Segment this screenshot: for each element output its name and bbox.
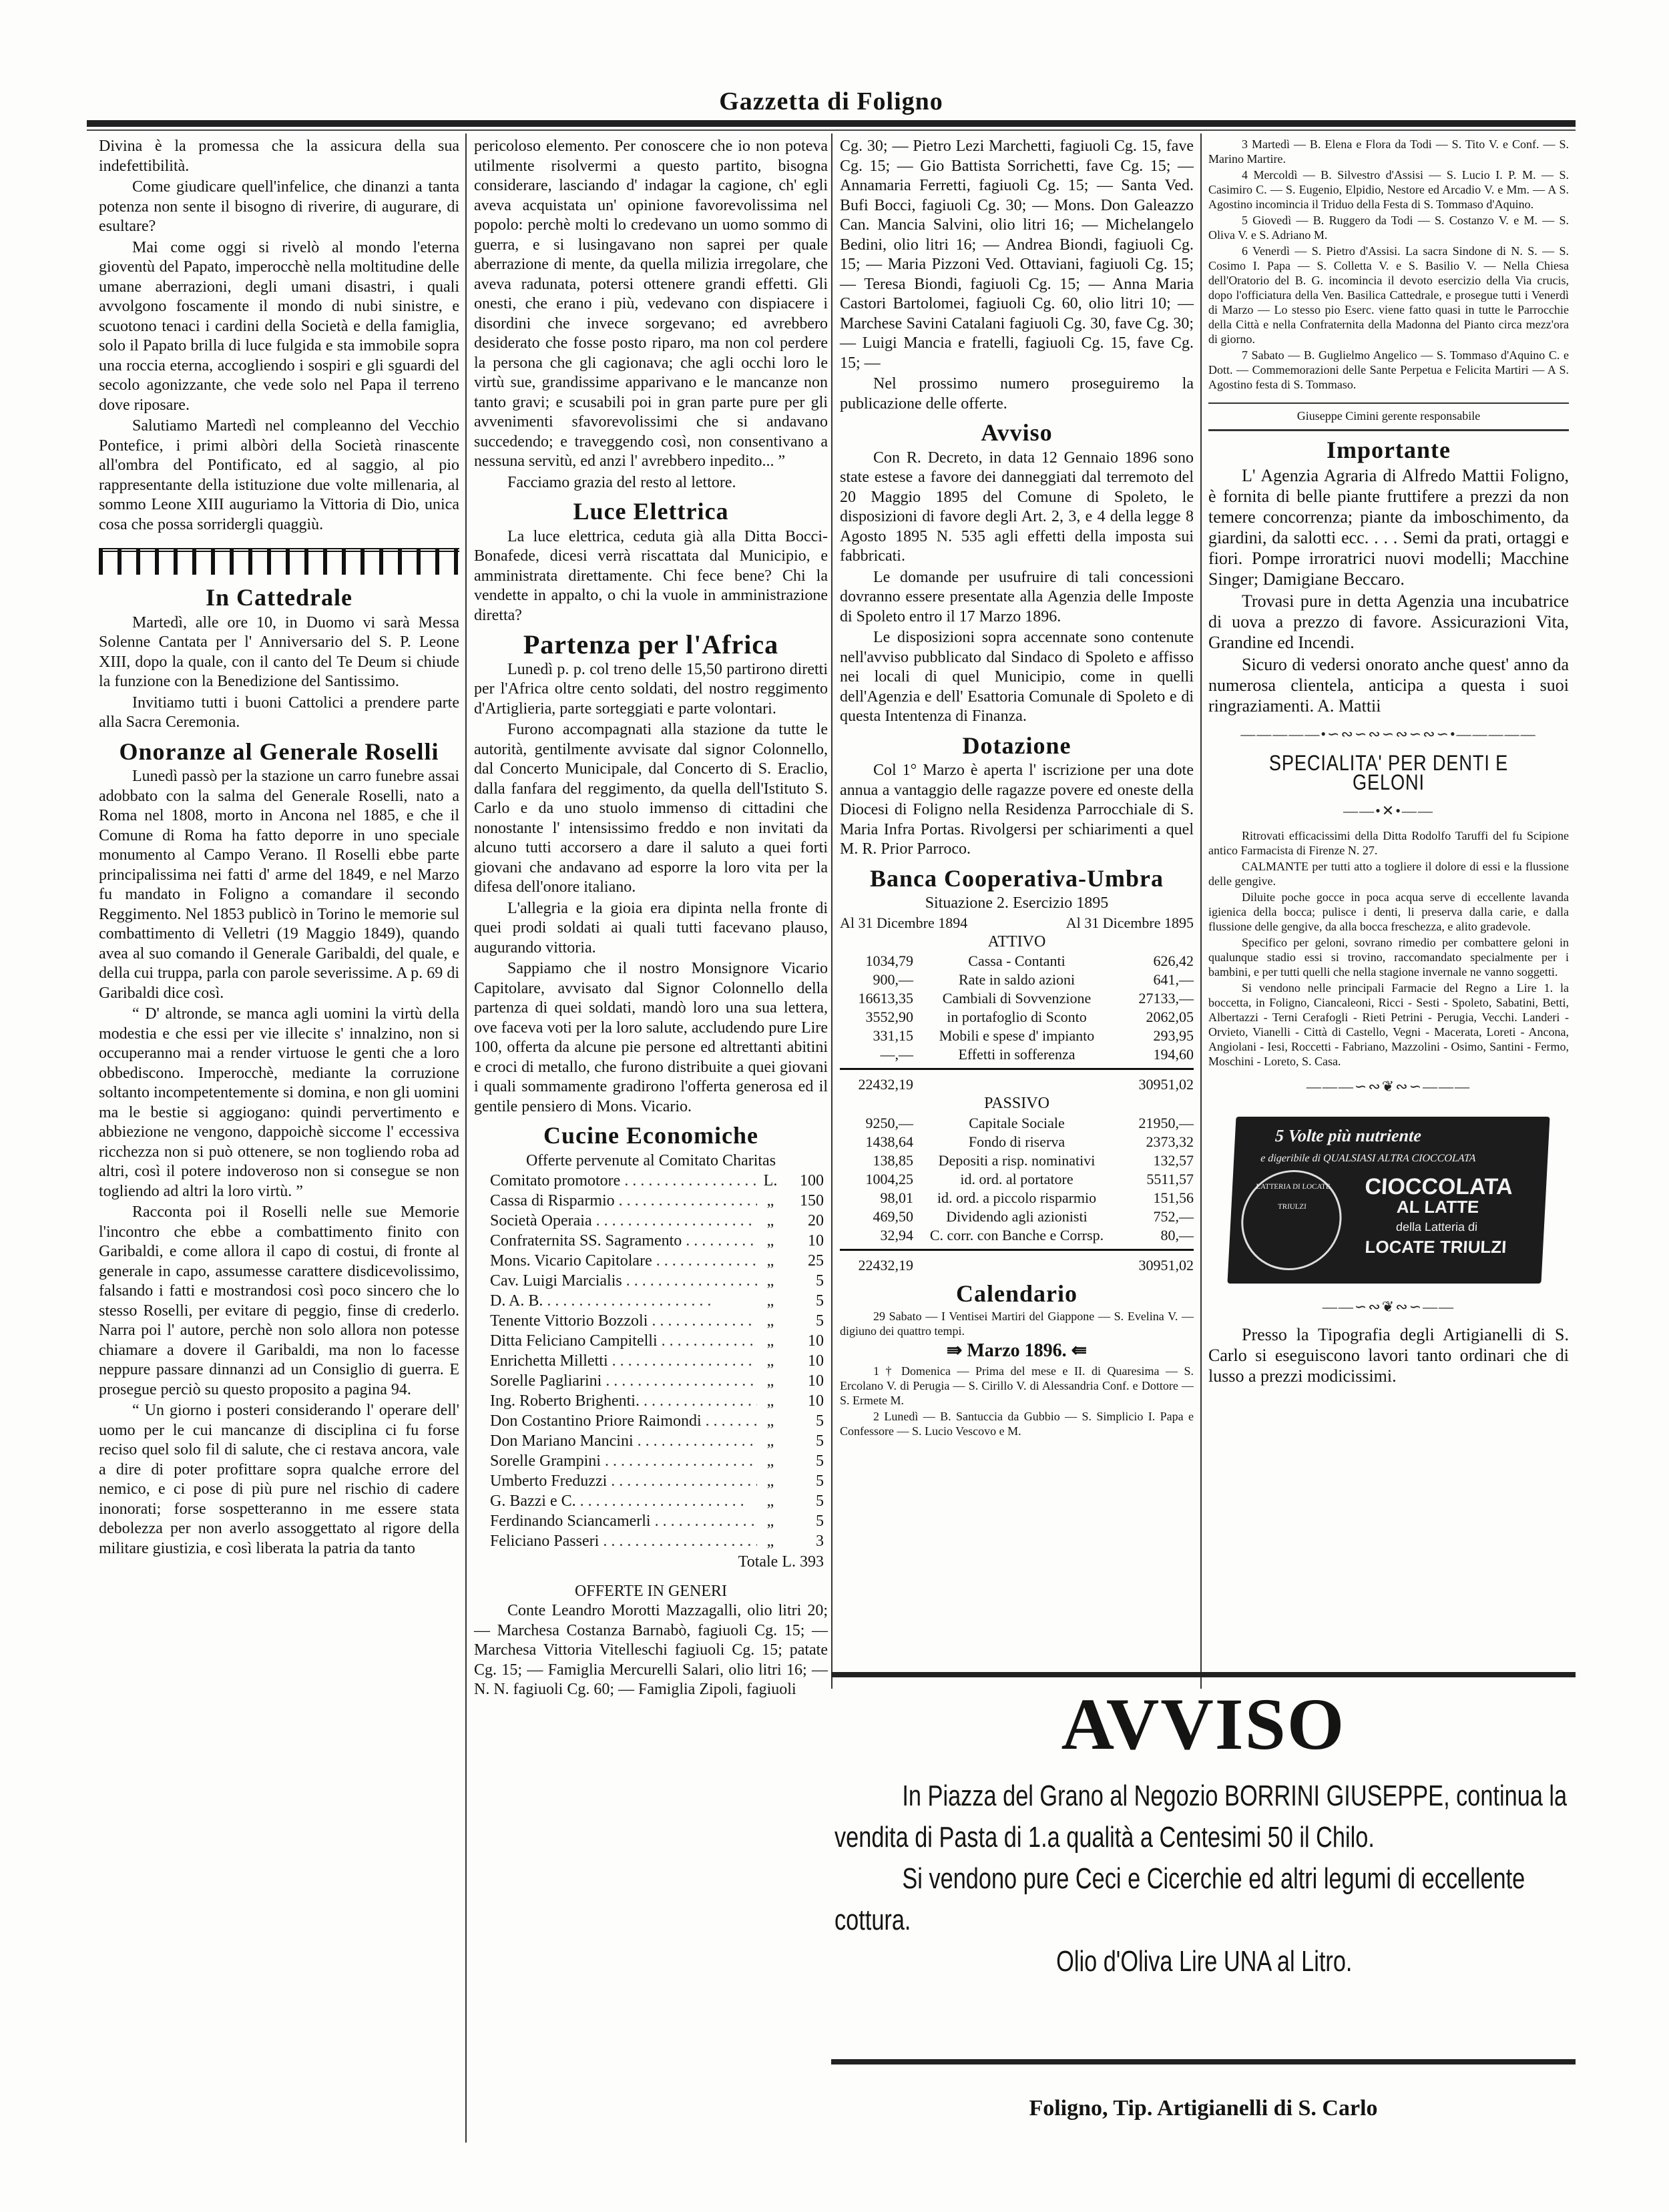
list-item: Umberto Freduzzi„5 bbox=[474, 1471, 828, 1491]
list-item: Cassa di Risparmio„150 bbox=[474, 1191, 828, 1211]
calendar-entry: 4 Mercoldì — B. Silvestro d'Assisi — S. … bbox=[1208, 168, 1569, 212]
list-item: Ditta Feliciano Campitelli„10 bbox=[474, 1331, 828, 1351]
table-row: 138,85Depositi a risp. nominativi132,57 bbox=[840, 1151, 1194, 1170]
table-row: —,—Effetti in sofferenza194,60 bbox=[840, 1045, 1194, 1064]
column-4: 3 Martedì — B. Elena e Flora da Todi — S… bbox=[1208, 137, 1569, 1388]
table-row: 98,01id. ord. a piccolo risparmio151,56 bbox=[840, 1189, 1194, 1207]
section-label-attivo: ATTIVO bbox=[840, 932, 1194, 952]
calendar-entry: 29 Sabato — I Ventisei Martiri del Giapp… bbox=[840, 1309, 1194, 1338]
section-label-passivo: PASSIVO bbox=[840, 1094, 1194, 1114]
donation-list: Comitato promotoreL.100 Cassa di Risparm… bbox=[474, 1171, 828, 1551]
subheading-generi: OFFERTE IN GENERI bbox=[474, 1582, 828, 1602]
column-1: Divina è la promessa che la assicura del… bbox=[99, 137, 459, 1560]
table-row: 16613,35Cambiali di Sovvenzione27133,— bbox=[840, 989, 1194, 1008]
calendar-month-header: ⇛ Marzo 1896. ⇚ bbox=[840, 1341, 1194, 1361]
subtitle: Offerte pervenute al Comitato Charitas bbox=[474, 1151, 828, 1171]
list-item: Ferdinando Sciancamerli„5 bbox=[474, 1511, 828, 1531]
paragraph: L'allegria e la gioia era dipinta nella … bbox=[474, 899, 828, 958]
paragraph: Invitiamo tutti i buoni Cattolici a pren… bbox=[99, 694, 459, 733]
list-item: Confraternita SS. Sagramento„10 bbox=[474, 1231, 828, 1251]
arrow-left-icon: ⇚ bbox=[1067, 1340, 1087, 1361]
paragraph: Lunedì p. p. col treno delle 15,50 parti… bbox=[474, 660, 828, 720]
article-title-specialita: SPECIALITA' PER DENTI E GELONI bbox=[1236, 754, 1542, 793]
ad-subline: e digeribile di QUALSIASI ALTRA CIOCCOLA… bbox=[1260, 1149, 1476, 1169]
article-title-roselli: Onoranze al Generale Roselli bbox=[99, 742, 459, 762]
paragraph: L' Agenzia Agraria di Alfredo Mattii Fol… bbox=[1208, 465, 1569, 589]
list-item: Sorelle Grampini„5 bbox=[474, 1451, 828, 1471]
paragraph: La luce elettrica, ceduta già alla Ditta… bbox=[474, 527, 828, 626]
paragraph: Olio d'Oliva Lire UNA al Litro. bbox=[834, 1941, 1574, 1982]
article-title-banca: Banca Cooperativa-Umbra bbox=[840, 869, 1194, 889]
table-row: 469,50Dividendo agli azionisti752,— bbox=[840, 1207, 1194, 1226]
calendar-entry: 3 Martedì — B. Elena e Flora da Todi — S… bbox=[1208, 137, 1569, 166]
paragraph: Salutiamo Martedì nel compleanno del Vec… bbox=[99, 417, 459, 535]
paragraph: Si vendono nelle principali Farmacie del… bbox=[1208, 981, 1569, 1069]
paragraph: Si vendono pure Ceci e Cicerchie ed altr… bbox=[834, 1858, 1574, 1941]
paragraph: Racconta poi il Roselli nelle sue Memori… bbox=[99, 1203, 459, 1400]
paragraph: Mai come oggi si rivelò al mondo l'etern… bbox=[99, 238, 459, 416]
list-item: Don Mariano Mancini„5 bbox=[474, 1431, 828, 1451]
paragraph: Specifico per geloni, sovrano rimedio pe… bbox=[1208, 935, 1569, 979]
masthead-title: Gazzetta di Foligno bbox=[87, 87, 1576, 116]
paragraph: Sicuro di vedersi onorato anche quest' a… bbox=[1208, 654, 1569, 716]
table-row: 900,—Rate in saldo azioni641,— bbox=[840, 971, 1194, 989]
paragraph: Le domande per usufruire di tali concess… bbox=[840, 568, 1194, 627]
chocolate-advertisement: 5 Volte più nutriente e digeribile di QU… bbox=[1227, 1117, 1549, 1284]
table-row: 3552,90in portafoglio di Sconto2062,05 bbox=[840, 1008, 1194, 1027]
printer-imprint: Foligno, Tip. Artigianelli di S. Carlo bbox=[831, 2096, 1576, 2121]
paragraph: Divina è la promessa che la assicura del… bbox=[99, 137, 459, 176]
bank-header: Al 31 Dicembre 1894 Al 31 Dicembre 1895 bbox=[840, 914, 1194, 932]
section-rule bbox=[831, 2059, 1576, 2064]
paragraph: Con R. Decreto, in data 12 Gennaio 1896 … bbox=[840, 449, 1194, 567]
list-item: Tenente Vittorio Bozzoli„5 bbox=[474, 1311, 828, 1331]
list-item: Cav. Luigi Marcialis„5 bbox=[474, 1271, 828, 1291]
avviso-body: In Piazza del Grano al Negozio BORRINI G… bbox=[834, 1775, 1574, 1982]
list-item: Mons. Vicario Capitolare„25 bbox=[474, 1251, 828, 1271]
quote-continuation: pericoloso elemento. Per conoscere che i… bbox=[474, 137, 828, 472]
header-rule bbox=[87, 120, 1576, 127]
paragraph: Sappiamo che il nostro Monsignore Vicari… bbox=[474, 959, 828, 1117]
paragraph: Facciamo grazia del resto al lettore. bbox=[474, 473, 828, 493]
subtitle: Situazione 2. Esercizio 1895 bbox=[840, 894, 1194, 914]
list-item: G. Bazzi e C.„5 bbox=[474, 1491, 828, 1511]
calendar-entry: 7 Sabato — B. Guglielmo Angelico — S. To… bbox=[1208, 348, 1569, 392]
article-title-avviso: Avviso bbox=[840, 423, 1194, 443]
column-2: pericoloso elemento. Per conoscere che i… bbox=[474, 137, 828, 1701]
column-divider bbox=[465, 133, 467, 2143]
arrow-right-icon: ⇛ bbox=[947, 1340, 967, 1361]
ad-headline: 5 Volte più nutriente bbox=[1274, 1126, 1421, 1146]
section-rule bbox=[831, 1672, 1576, 1677]
ornamental-divider: ———∽∾❦∾∽——— bbox=[1208, 1077, 1569, 1097]
paragraph: Cg. 30; — Pietro Lezi Marchetti, fagiuol… bbox=[840, 137, 1194, 373]
paragraph: Lunedì passò per la stazione un carro fu… bbox=[99, 767, 459, 1003]
paragraph: Conte Leandro Morotti Mazzagalli, olio l… bbox=[474, 1601, 828, 1700]
column-divider bbox=[831, 133, 832, 1689]
article-title-cattedrale: In Cattedrale bbox=[99, 588, 459, 608]
paragraph: Furono accompagnati alla stazione da tut… bbox=[474, 720, 828, 898]
list-item: Enrichetta Milletti„10 bbox=[474, 1351, 828, 1371]
calendar-entry: 2 Lunedì — B. Santuccia da Gubbio — S. S… bbox=[840, 1409, 1194, 1438]
calendar-entry: 6 Venerdì — S. Pietro d'Assisi. La sacra… bbox=[1208, 244, 1569, 346]
article-title-calendario: Calendario bbox=[840, 1284, 1194, 1304]
table-total: 22432,1930951,02 bbox=[840, 1249, 1194, 1275]
header-rule-thin bbox=[87, 129, 1576, 131]
calendar-entry: 5 Giovedì — B. Ruggero da Todi — S. Cost… bbox=[1208, 213, 1569, 242]
paragraph: Come giudicare quell'infelice, che dinan… bbox=[99, 178, 459, 237]
table-total: 22432,1930951,02 bbox=[840, 1068, 1194, 1094]
list-item: Comitato promotoreL.100 bbox=[474, 1171, 828, 1191]
list-item: Feliciano Passeri„3 bbox=[474, 1531, 828, 1551]
list-item: Sorelle Pagliarini„10 bbox=[474, 1371, 828, 1391]
donation-total: Totale L. 393 bbox=[474, 1553, 828, 1573]
article-title-luce: Luce Elettrica bbox=[474, 502, 828, 522]
quote-paragraph: “ Un giorno i posteri considerando l' op… bbox=[99, 1401, 459, 1559]
ornamental-divider: ——∽∾❦∾∽—— bbox=[1208, 1297, 1569, 1317]
table-row: 32,94C. corr. con Banche e Corrsp.80,— bbox=[840, 1226, 1194, 1245]
paragraph: Diluite poche gocce in poca acqua serve … bbox=[1208, 890, 1569, 934]
table-row: 1034,79Cassa - Contanti626,42 bbox=[840, 952, 1194, 971]
list-item: Don Costantino Priore Raimondi„5 bbox=[474, 1411, 828, 1431]
paragraph: CALMANTE per tutti atto a togliere il do… bbox=[1208, 859, 1569, 888]
article-title-africa: Partenza per l'Africa bbox=[474, 635, 828, 655]
paragraph: Nel prossimo numero proseguiremo la publ… bbox=[840, 374, 1194, 414]
cherub-medallion-icon: LATTERIA DI LOCATE TRIULZI bbox=[1238, 1170, 1344, 1270]
column-divider bbox=[1200, 133, 1202, 1689]
article-title-cucine: Cucine Economiche bbox=[474, 1126, 828, 1146]
ornamental-divider: —————•∽∾∽∾∽∾∽∾∽•————— bbox=[1208, 724, 1569, 744]
paragraph: Ritrovati efficacissimi della Ditta Rodo… bbox=[1208, 828, 1569, 858]
table-row: 1004,25id. ord. al portatore5511,57 bbox=[840, 1170, 1194, 1189]
calendar-entry: 1 † Domenica — Prima del mese e II. di Q… bbox=[840, 1364, 1194, 1408]
paragraph: Col 1° Marzo è aperta l' iscrizione per … bbox=[840, 761, 1194, 860]
quote-paragraph: “ D' altronde, se manca agli uomini la v… bbox=[99, 1005, 459, 1201]
paragraph: Martedì, alle ore 10, in Duomo vi sarà M… bbox=[99, 613, 459, 692]
table-row: 9250,—Capitale Sociale21950,— bbox=[840, 1114, 1194, 1133]
paragraph: Le disposizioni sopra accennate sono con… bbox=[840, 628, 1194, 727]
table-row: 331,15Mobili e spese d' impianto293,95 bbox=[840, 1027, 1194, 1045]
list-item: Società Operaia„20 bbox=[474, 1211, 828, 1231]
ornamental-divider: ——•✕•—— bbox=[1208, 801, 1569, 821]
article-title-importante: Importante bbox=[1208, 441, 1569, 461]
ornamental-border bbox=[99, 548, 459, 575]
list-item: Ing. Roberto Brighenti.„10 bbox=[474, 1391, 828, 1411]
avviso-title: AVVISO bbox=[831, 1682, 1576, 1767]
paragraph: Trovasi pure in detta Agenzia una incuba… bbox=[1208, 591, 1569, 653]
column-3: Cg. 30; — Pietro Lezi Marchetti, fagiuol… bbox=[840, 137, 1194, 1440]
paragraph: In Piazza del Grano al Negozio BORRINI G… bbox=[834, 1775, 1574, 1858]
paragraph: Presso la Tipografia degli Artigianelli … bbox=[1208, 1324, 1569, 1386]
responsible-editor: Giuseppe Cimini gerente responsabile bbox=[1208, 402, 1569, 431]
list-item: D. A. B.„5 bbox=[474, 1291, 828, 1311]
ad-brand: CIOCCOLATA AL LATTE della Latteria di LO… bbox=[1361, 1177, 1513, 1257]
article-title-dotazione: Dotazione bbox=[840, 736, 1194, 756]
table-row: 1438,64Fondo di riserva2373,32 bbox=[840, 1133, 1194, 1151]
